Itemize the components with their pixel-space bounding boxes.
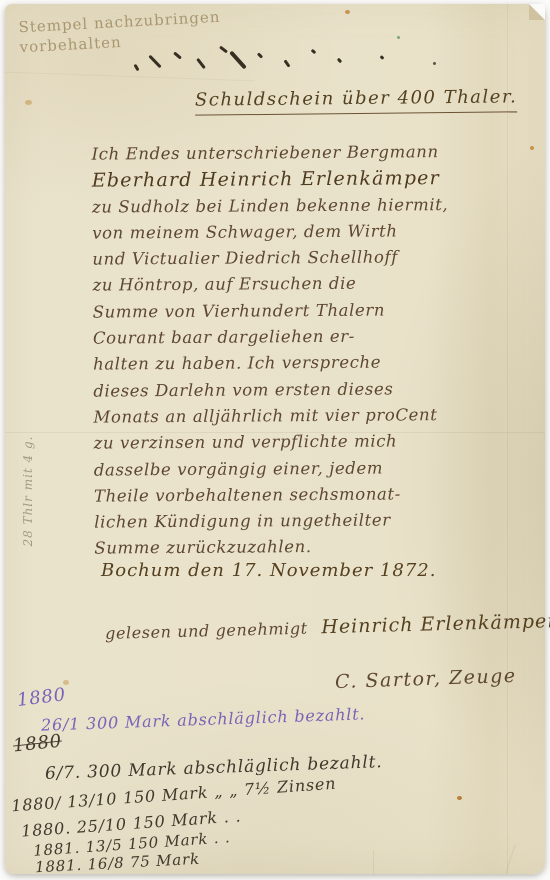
body-text: Ich Endes unterschriebener BergmannEberh… — [92, 138, 545, 562]
ledger-entry: 26/1 300 Mark abschläglich bezahlt. — [41, 704, 366, 734]
document-title: Schuldschein über 400 Thaler. — [195, 86, 518, 115]
corner-fold — [529, 4, 545, 20]
header-annotation: Stempel nachzubringen vorbehalten — [18, 7, 222, 58]
scan-canvas: Stempel nachzubringen vorbehalten 28 Thl… — [0, 0, 550, 880]
foxing-spot — [25, 100, 32, 105]
body-line: Ich Endes unterschriebener Bergmann — [92, 138, 542, 167]
body-line: von meinem Schwager, dem Wirth — [92, 217, 542, 246]
body-line: lichen Kündigung in ungetheilter — [94, 507, 544, 536]
body-line: Eberhard Heinrich Erlenkämper — [92, 165, 542, 194]
approval-line: gelesen und genehmigt Heinrich Erlenkämp… — [105, 610, 550, 644]
body-line: Theile vorbehaltenen sechsmonat- — [94, 480, 544, 509]
body-line: zu verzinsen und verpflichte mich — [94, 428, 544, 457]
edge-cut — [373, 850, 374, 874]
document-paper: Stempel nachzubringen vorbehalten 28 Thl… — [5, 4, 545, 874]
ledger-entry: 1880 — [16, 684, 67, 711]
body-line: dieses Darlehn vom ersten dieses — [93, 375, 543, 404]
body-line: und Victualier Diedrich Schellhoff — [92, 244, 542, 273]
body-line: zu Höntrop, auf Ersuchen die — [92, 270, 542, 299]
body-line: Summe zurückzuzahlen. — [94, 533, 544, 562]
body-line: Monats an alljährlich mit vier proCent — [93, 401, 543, 430]
body-line: Courant baar dargeliehen er- — [93, 323, 543, 352]
approval-text: gelesen und genehmigt — [105, 619, 308, 643]
foxing-spot — [397, 36, 400, 39]
foxing-spot — [345, 10, 350, 14]
witness-signature: C. Sartor, Zeuge — [335, 665, 517, 693]
body-line: zu Sudholz bei Linden bekenne hiermit, — [92, 191, 542, 220]
body-line: dasselbe vorgängig einer, jedem — [94, 454, 544, 483]
body-line: Summe von Vierhundert Thalern — [93, 296, 543, 325]
debtor-signature: Heinrich Erlenkämper — [321, 610, 550, 638]
foxing-spot — [457, 796, 462, 800]
ledger-entry: 1880 — [12, 730, 63, 756]
dateline: Bochum den 17. November 1872. — [101, 560, 436, 581]
margin-pencil-note: 28 Thlr mit 4 g. — [21, 416, 35, 566]
fold-crease — [5, 72, 255, 82]
body-line: halten zu haben. Ich verspreche — [93, 349, 543, 378]
